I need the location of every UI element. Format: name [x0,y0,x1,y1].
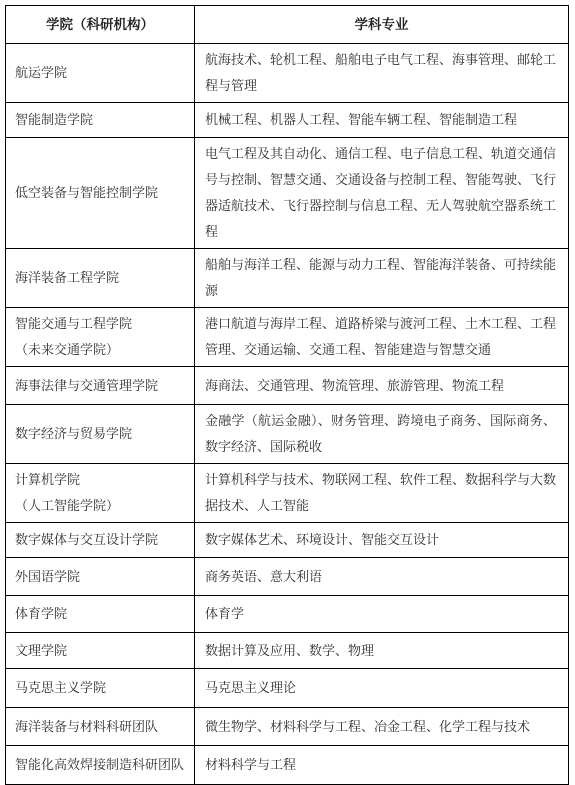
college-cell: 低空装备与智能控制学院 [6,138,195,249]
table-row: 体育学院 体育学 [6,596,569,633]
majors-cell: 数字媒体艺术、环境设计、智能交互设计 [195,523,569,558]
majors-cell: 计算机科学与技术、物联网工程、软件工程、数据科学与大数据技术、人工智能 [195,464,569,523]
college-cell: 数字媒体与交互设计学院 [6,523,195,558]
table-row: 智能化高效焊接制造科研团队 材料科学与工程 [6,746,569,785]
table-row: 智能制造学院 机械工程、机器人工程、智能车辆工程、智能制造工程 [6,103,569,138]
table-row: 计算机学院 （人工智能学院） 计算机科学与技术、物联网工程、软件工程、数据科学与… [6,464,569,523]
header-college: 学院（科研机构） [6,6,195,44]
table-row: 航运学院 航海技术、轮机工程、船舶电子电气工程、海事管理、邮轮工程与管理 [6,44,569,103]
table-row: 智能交通与工程学院 （未来交通学院） 港口航道与海岸工程、道路桥梁与渡河工程、土… [6,308,569,367]
majors-cell: 马克思主义理论 [195,669,569,708]
header-majors: 学科专业 [195,6,569,44]
college-cell: 航运学院 [6,44,195,103]
college-cell: 马克思主义学院 [6,669,195,708]
table-row: 低空装备与智能控制学院 电气工程及其自动化、通信工程、电子信息工程、轨道交通信号… [6,138,569,249]
majors-cell: 金融学（航运金融）、财务管理、跨境电子商务、国际商务、数字经济、国际税收 [195,405,569,464]
table-header-row: 学院（科研机构） 学科专业 [6,6,569,44]
document-page: 学院（科研机构） 学科专业 航运学院 航海技术、轮机工程、船舶电子电气工程、海事… [5,5,569,785]
majors-cell: 商务英语、意大利语 [195,558,569,596]
table-row: 海洋装备与材料科研团队 微生物学、材料科学与工程、冶金工程、化学工程与技术 [6,708,569,746]
college-cell: 计算机学院 （人工智能学院） [6,464,195,523]
majors-cell: 海商法、交通管理、物流管理、旅游管理、物流工程 [195,367,569,405]
colleges-majors-table: 学院（科研机构） 学科专业 航运学院 航海技术、轮机工程、船舶电子电气工程、海事… [5,5,569,785]
college-cell: 数字经济与贸易学院 [6,405,195,464]
table-row: 数字经济与贸易学院 金融学（航运金融）、财务管理、跨境电子商务、国际商务、数字经… [6,405,569,464]
college-cell: 智能化高效焊接制造科研团队 [6,746,195,785]
college-cell: 海洋装备工程学院 [6,249,195,308]
college-cell: 海洋装备与材料科研团队 [6,708,195,746]
college-cell: 智能制造学院 [6,103,195,138]
college-cell: 海事法律与交通管理学院 [6,367,195,405]
majors-cell: 港口航道与海岸工程、道路桥梁与渡河工程、土木工程、工程管理、交通运输、交通工程、… [195,308,569,367]
table-row: 海洋装备工程学院 船舶与海洋工程、能源与动力工程、智能海洋装备、可持续能源 [6,249,569,308]
table-row: 数字媒体与交互设计学院 数字媒体艺术、环境设计、智能交互设计 [6,523,569,558]
majors-cell: 数据计算及应用、数学、物理 [195,633,569,669]
college-cell: 体育学院 [6,596,195,633]
table-row: 马克思主义学院 马克思主义理论 [6,669,569,708]
majors-cell: 体育学 [195,596,569,633]
college-cell: 智能交通与工程学院 （未来交通学院） [6,308,195,367]
majors-cell: 电气工程及其自动化、通信工程、电子信息工程、轨道交通信号与控制、智慧交通、交通设… [195,138,569,249]
table-row: 文理学院 数据计算及应用、数学、物理 [6,633,569,669]
table-row: 外国语学院 商务英语、意大利语 [6,558,569,596]
majors-cell: 船舶与海洋工程、能源与动力工程、智能海洋装备、可持续能源 [195,249,569,308]
college-cell: 外国语学院 [6,558,195,596]
majors-cell: 材料科学与工程 [195,746,569,785]
table-row: 海事法律与交通管理学院 海商法、交通管理、物流管理、旅游管理、物流工程 [6,367,569,405]
majors-cell: 航海技术、轮机工程、船舶电子电气工程、海事管理、邮轮工程与管理 [195,44,569,103]
majors-cell: 机械工程、机器人工程、智能车辆工程、智能制造工程 [195,103,569,138]
majors-cell: 微生物学、材料科学与工程、冶金工程、化学工程与技术 [195,708,569,746]
college-cell: 文理学院 [6,633,195,669]
